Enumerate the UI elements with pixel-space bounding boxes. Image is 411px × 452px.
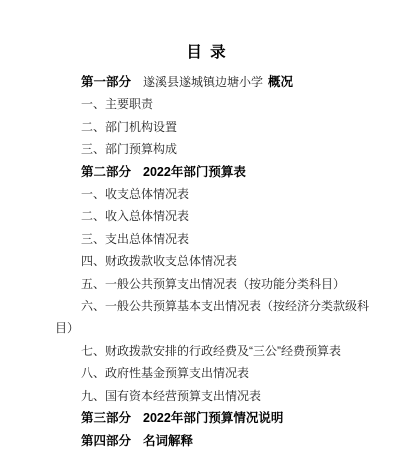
part2-label: 第二部分: [81, 165, 131, 179]
toc-item: 九、国有资本经营预算支出情况表: [55, 385, 377, 407]
part4-label: 第四部分: [81, 434, 131, 447]
toc-item: 三、部门预算构成: [55, 138, 377, 160]
toc-item: 一、主要职责: [55, 93, 377, 115]
part3-title: 2022年部门预算情况说明: [143, 411, 283, 425]
toc-heading-part3: 第三部分2022年部门预算情况说明: [55, 407, 377, 429]
toc-item: 七、财政拨款安排的行政经费及“三公”经费预算表: [55, 340, 377, 362]
toc-item: 一、收支总体情况表: [55, 183, 377, 205]
toc-heading-part2: 第二部分2022年部门预算表: [55, 161, 377, 183]
toc-page: 目 录 第一部分遂溪县遂城镇边塘小学概况 一、主要职责 二、部门机构设置 三、部…: [0, 44, 377, 446]
toc-item: 三、支出总体情况表: [55, 228, 377, 250]
toc-item: 二、部门机构设置: [55, 116, 377, 138]
toc-item: 五、一般公共预算支出情况表（按功能分类科目）: [55, 273, 377, 295]
part1-label: 第一部分: [81, 75, 131, 89]
toc-item: 六、一般公共预算基本支出情况表（按经济分类款级科目）: [55, 295, 377, 340]
part4-title: 名词解释: [143, 434, 193, 447]
toc-item: 八、政府性基金预算支出情况表: [55, 362, 377, 384]
toc-item: 二、收入总体情况表: [55, 205, 377, 227]
part3-label: 第三部分: [81, 411, 131, 425]
page-title: 目 录: [55, 44, 357, 62]
toc-item: 四、财政拨款收支总体情况表: [55, 250, 377, 272]
part1-body: 遂溪县遂城镇边塘小学: [143, 75, 263, 89]
toc-heading-part4: 第四部分名词解释: [55, 430, 377, 447]
part1-suffix: 概况: [268, 75, 293, 89]
part2-title: 2022年部门预算表: [143, 165, 246, 179]
toc-heading-part1: 第一部分遂溪县遂城镇边塘小学概况: [55, 71, 377, 93]
